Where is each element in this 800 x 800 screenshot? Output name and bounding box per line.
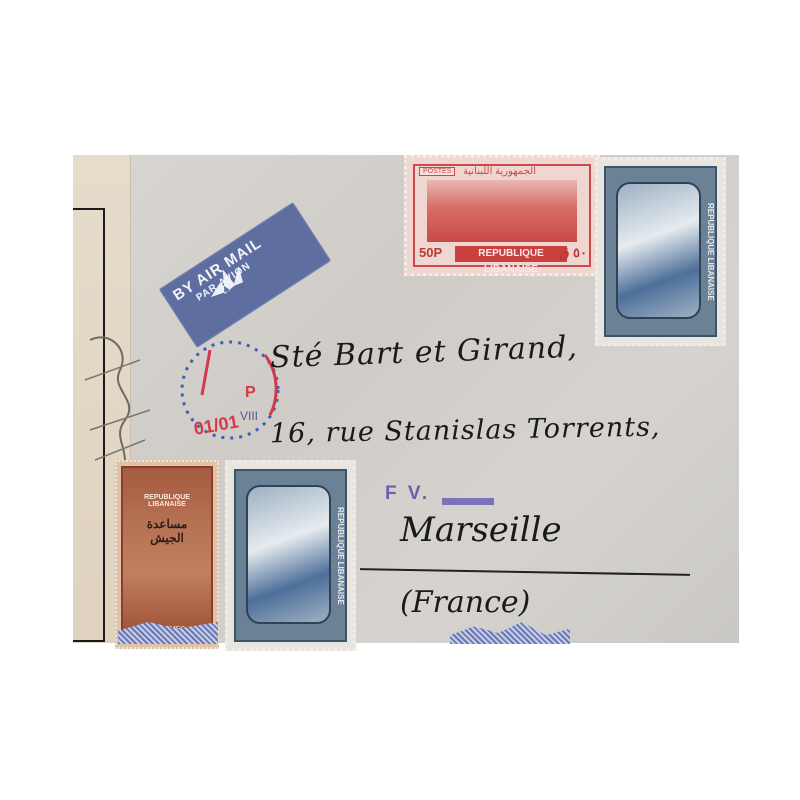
stamp-arabic-header: الجمهورية اللبنانية [463,166,536,177]
address-country: (France) [400,585,530,620]
svg-text:P: P [245,384,256,401]
stamp-country-label: REPUBLIQUE LIBANAISE [703,184,715,319]
landscape-picture [246,485,331,624]
svg-text:VIII: VIII [240,409,258,423]
address-city: Marseille [400,510,562,550]
stamp-country-label: REPUBLIQUE LIBANAISE [455,246,567,262]
svg-text:01/01: 01/01 [192,411,240,439]
stamp-postes-label: POSTES [419,167,455,176]
blue-stamp-bottom: REPUBLIQUE LIBANAISE [225,460,356,651]
stamp-country-label: REPUBLIQUE LIBANAISE [129,494,205,508]
red-50p-stamp: POSTES الجمهورية اللبنانية 50P REPUBLIQU… [404,155,600,276]
stamp-value-left: 50P [419,245,442,260]
stamp-country-label: REPUBLIQUE LIBANAISE [333,487,345,624]
stamp-value-right: ٥٠ ق [559,245,587,261]
citadel-picture [427,180,577,242]
fv-cachet-bar [442,498,494,505]
stamp-frame [121,466,213,643]
blue-stamp-top: REPUBLIQUE LIBANAISE [595,157,726,346]
stamp-overprint: مساعدة الجيش [131,517,203,545]
brown-overprint-stamp: REPUBLIQUE LIBANAISE مساعدة الجيش CENTIM… [115,460,219,649]
landscape-picture [616,182,701,319]
fv-cachet: F V. [385,483,430,505]
